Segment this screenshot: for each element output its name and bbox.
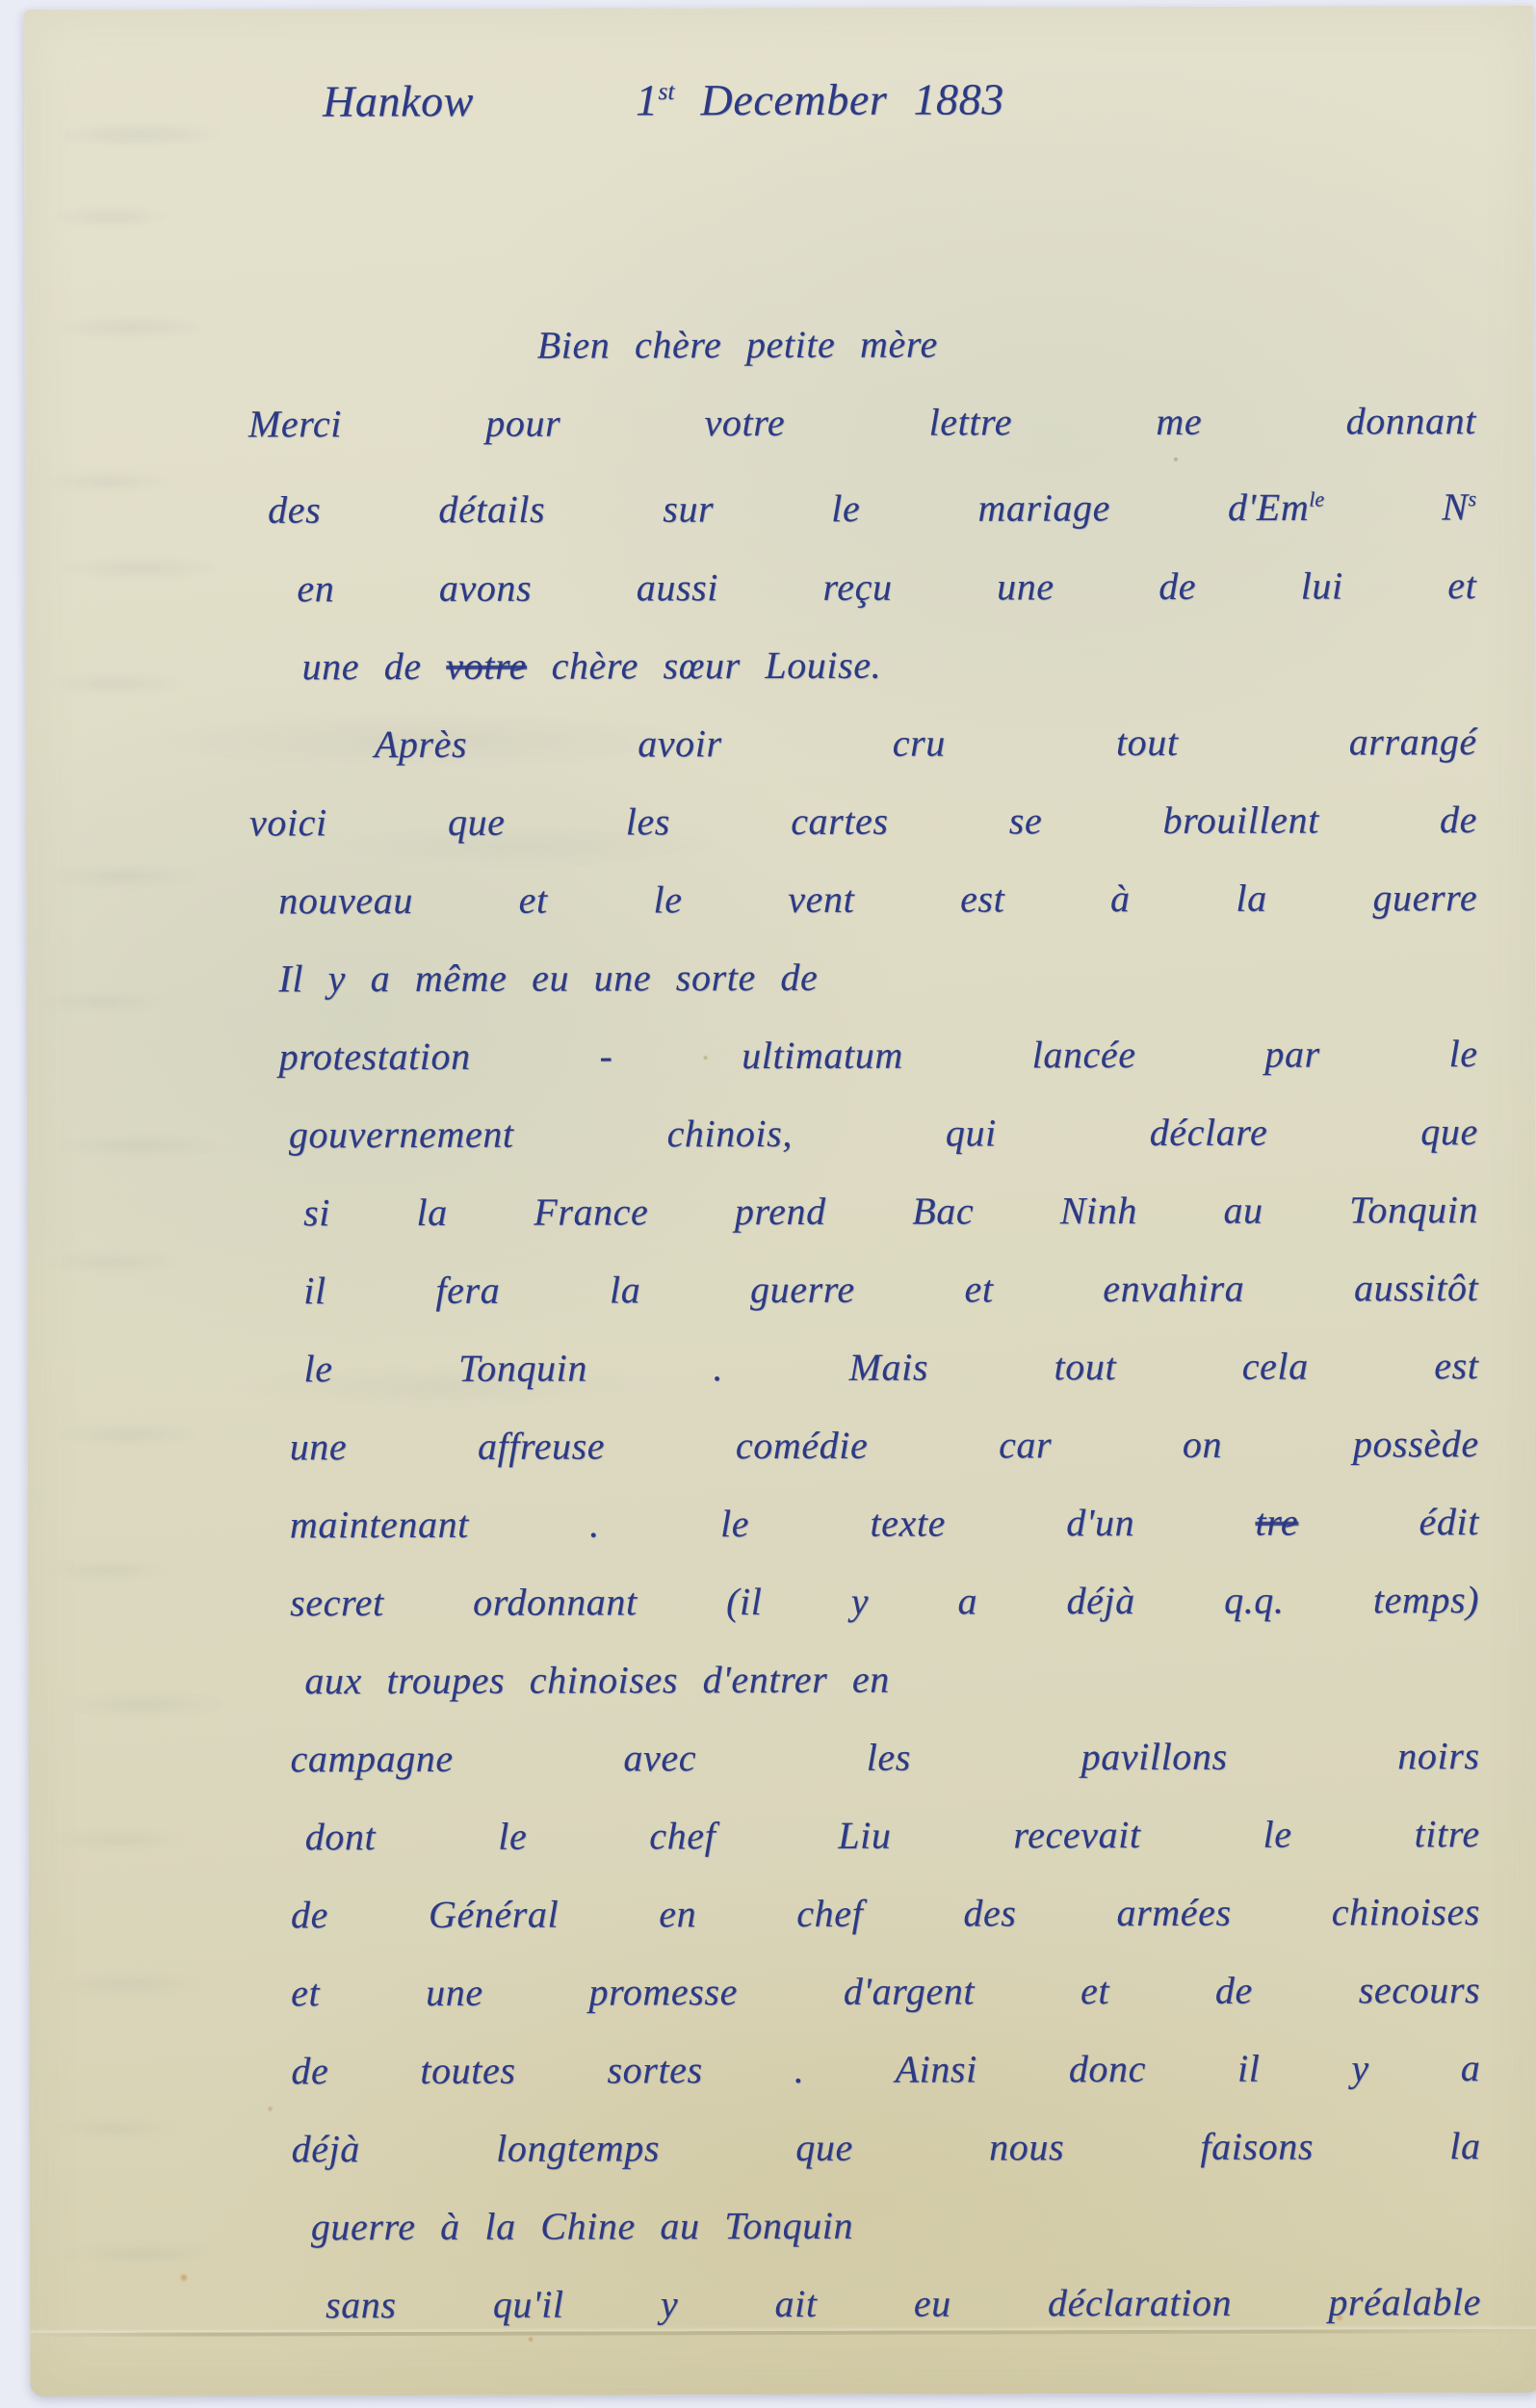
line-text: guerre à la Chine au Tonquin <box>311 2203 853 2247</box>
letter-line: dont le chef Liu recevait le titre <box>252 1794 1480 1875</box>
letter-line: voici que les cartes se brouillent de <box>249 780 1477 861</box>
letter-heading: Hankow1st December 1883 <box>247 46 1475 145</box>
letter-line: en avons aussi reçu une de lui et <box>248 546 1476 627</box>
line-text: il fera la guerre et envahira aussitôt <box>303 1266 1478 1312</box>
line-text: voici que les cartes se brouillent de <box>249 798 1477 844</box>
struck-word: tre <box>1255 1500 1298 1543</box>
line-text: si la France prend Bac Ninh au Tonquin <box>303 1188 1478 1234</box>
letter-line: guerre à la Chine au Tonquin <box>253 2185 1481 2265</box>
letter-line: de toutes sortes . Ainsi donc il y a <box>252 2028 1480 2109</box>
line-text: secret ordonnant (il y a déjà q.q. temps… <box>290 1578 1479 1624</box>
letter-line: gouvernement chinois, qui déclare que <box>250 1092 1478 1173</box>
line-text: maintenant . le texte d'un <box>290 1500 1256 1546</box>
line-text: sans qu'il y ait eu déclaration préalabl… <box>325 2280 1481 2326</box>
line-text: de Général en chef des armées chinoises <box>291 1890 1480 1936</box>
line-text: Bien chère petite mère <box>537 323 938 367</box>
line-text: une affreuse comédie car on possède <box>290 1422 1479 1468</box>
line-text: gouvernement chinois, qui déclare que <box>289 1110 1478 1156</box>
struck-word: votre <box>446 643 527 687</box>
letter-body: Bien chère petite mèreMerci pour votre l… <box>248 303 1482 2343</box>
line-text: s <box>1468 486 1476 510</box>
line-text: campagne avec les pavillons noirs <box>290 1734 1479 1780</box>
date-day-suffix: st <box>658 78 674 105</box>
line-text: N <box>1324 485 1468 529</box>
line-text: chère sœur Louise. <box>527 642 881 687</box>
line-text: en avons aussi reçu une de lui et <box>297 563 1476 610</box>
line-text: édit <box>1298 1500 1479 1543</box>
letter-line: une affreuse comédie car on possède <box>251 1404 1479 1485</box>
letter-line: protestation - ultimatum lancée par le <box>249 1014 1477 1095</box>
line-text: Merci pour votre lettre me donnant <box>248 399 1476 445</box>
line-text: Il y a même eu une sorte de <box>278 955 818 1000</box>
letter-sheet: Hankow1st December 1883 Bien chère petit… <box>24 6 1536 2396</box>
line-text: nouveau et le vent est à la guerre <box>278 876 1477 922</box>
letter-line: campagne avec les pavillons noirs <box>251 1716 1479 1797</box>
line-text: et une promesse d'argent et de secours <box>291 1968 1480 2014</box>
letter-line: et une promesse d'argent et de secours <box>252 1950 1480 2031</box>
line-text: une de <box>301 644 446 688</box>
letter-line: secret ordonnant (il y a déjà q.q. temps… <box>251 1560 1479 1641</box>
line-text: dont le chef Liu recevait le titre <box>305 1812 1480 1858</box>
date-rest: December 1883 <box>674 75 1004 125</box>
letter-line: de Général en chef des armées chinoises <box>252 1872 1480 1953</box>
letter-line: si la France prend Bac Ninh au Tonquin <box>250 1170 1478 1251</box>
letter-line: déjà longtemps que nous faisons la <box>252 2107 1480 2187</box>
letter-line: aux troupes chinoises d'entrer en <box>251 1638 1479 1719</box>
letter-date: 1st December 1883 <box>636 75 1004 125</box>
letter-line: une de votre chère sœur Louise. <box>248 624 1476 705</box>
line-text: des détails sur le mariage d'Em <box>268 485 1309 532</box>
line-text: déjà longtemps que nous faisons la <box>292 2124 1481 2170</box>
line-text: Après avoir cru tout arrangé <box>375 720 1477 766</box>
letter-line: nouveau et le vent est à la guerre <box>249 858 1477 939</box>
line-text: aux troupes chinoises d'entrer en <box>304 1657 890 1702</box>
letter-line: maintenant . le texte d'un tre édit <box>251 1482 1479 1563</box>
letter-line: il fera la guerre et envahira aussitôt <box>250 1248 1478 1329</box>
letter-line: Bien chère petite mère <box>248 303 1476 384</box>
line-text: le <box>1309 487 1324 511</box>
letter-line: sans qu'il y ait eu déclaration préalabl… <box>253 2263 1481 2343</box>
date-day: 1 <box>636 76 659 125</box>
photo-background: { "colors": { "ink": "#2c3a85", "paper":… <box>0 0 1536 2408</box>
line-text: le Tonquin . Mais tout cela est <box>303 1344 1478 1390</box>
letter-line: des détails sur le mariage d'Emle Ns <box>248 459 1476 549</box>
letter-place: Hankow <box>323 76 474 125</box>
letter-line: Après avoir cru tout arrangé <box>249 702 1477 783</box>
letter-line: le Tonquin . Mais tout cela est <box>250 1326 1478 1407</box>
letter-line: Merci pour votre lettre me donnant <box>248 381 1476 462</box>
line-text: protestation - ultimatum lancée par le <box>279 1032 1478 1078</box>
letter-line: Il y a même eu une sorte de <box>249 936 1477 1017</box>
line-text: de toutes sortes . Ainsi donc il y a <box>291 2046 1480 2092</box>
